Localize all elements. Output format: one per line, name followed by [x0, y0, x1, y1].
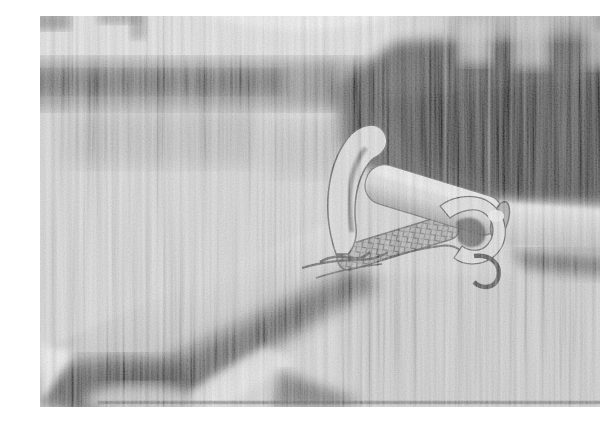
- overlay-grain-light: [40, 16, 600, 407]
- photo-canvas: [40, 16, 600, 407]
- scanned-photo: [40, 16, 600, 407]
